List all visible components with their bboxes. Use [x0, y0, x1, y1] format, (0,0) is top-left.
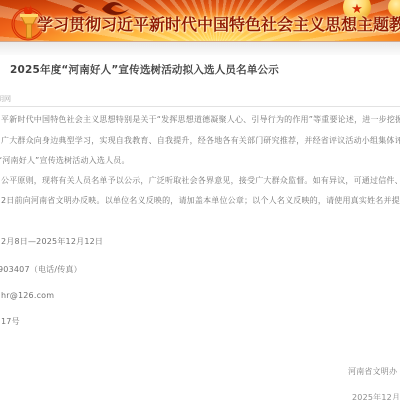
- banner-underline-strip: [0, 42, 400, 55]
- article-line-4: 公平原则，现将有关人员名单予以公示，广泛听取社会各界意见，接受广大群众监督。如有…: [1, 177, 400, 185]
- article-line-1: 平新时代中国特色社会主义思想特别是关于“发挥思想道德凝聚人心、引导行为的作用”等…: [1, 116, 400, 124]
- article-title: 2025年度“河南好人”宣传选树活动拟入选人员名单公示: [10, 62, 279, 77]
- banner-slogan: 学习贯彻习近平新时代中国特色社会主义思想主题教育: [37, 12, 400, 35]
- article-line-6-public-period: 2月8日—2025年12月12日: [1, 238, 103, 246]
- signature-org: 河南省文明办: [348, 368, 397, 376]
- article-line-8-email: hr@126.com: [1, 292, 54, 300]
- signature-date: 2025年12月: [352, 394, 400, 400]
- page: ★ 学习贯彻习近平新时代中国特色社会主义思想主题教育 2025年度“河南好人”宣…: [0, 0, 400, 400]
- article-line-2: 广大群众向身边典型学习，实现自我教育、自我提升，经各地各有关部门研究推荐，并经省…: [1, 137, 400, 145]
- article-line-7-phone: 903407（电话/传真）: [0, 266, 82, 274]
- article-line-9-address: 17号: [1, 318, 20, 326]
- article-meta-fragment: 明网: [0, 94, 11, 104]
- slogan-banner: ★ 学习贯彻习近平新时代中国特色社会主义思想主题教育: [0, 0, 400, 41]
- article-line-3: “河南好人”宣传选树活动入选人员。: [0, 157, 130, 165]
- title-divider: [0, 106, 400, 107]
- article-line-5: 2日前向河南省文明办反映。以单位名义反映的，请加盖本单位公章；以个人名义反映的，…: [1, 197, 400, 205]
